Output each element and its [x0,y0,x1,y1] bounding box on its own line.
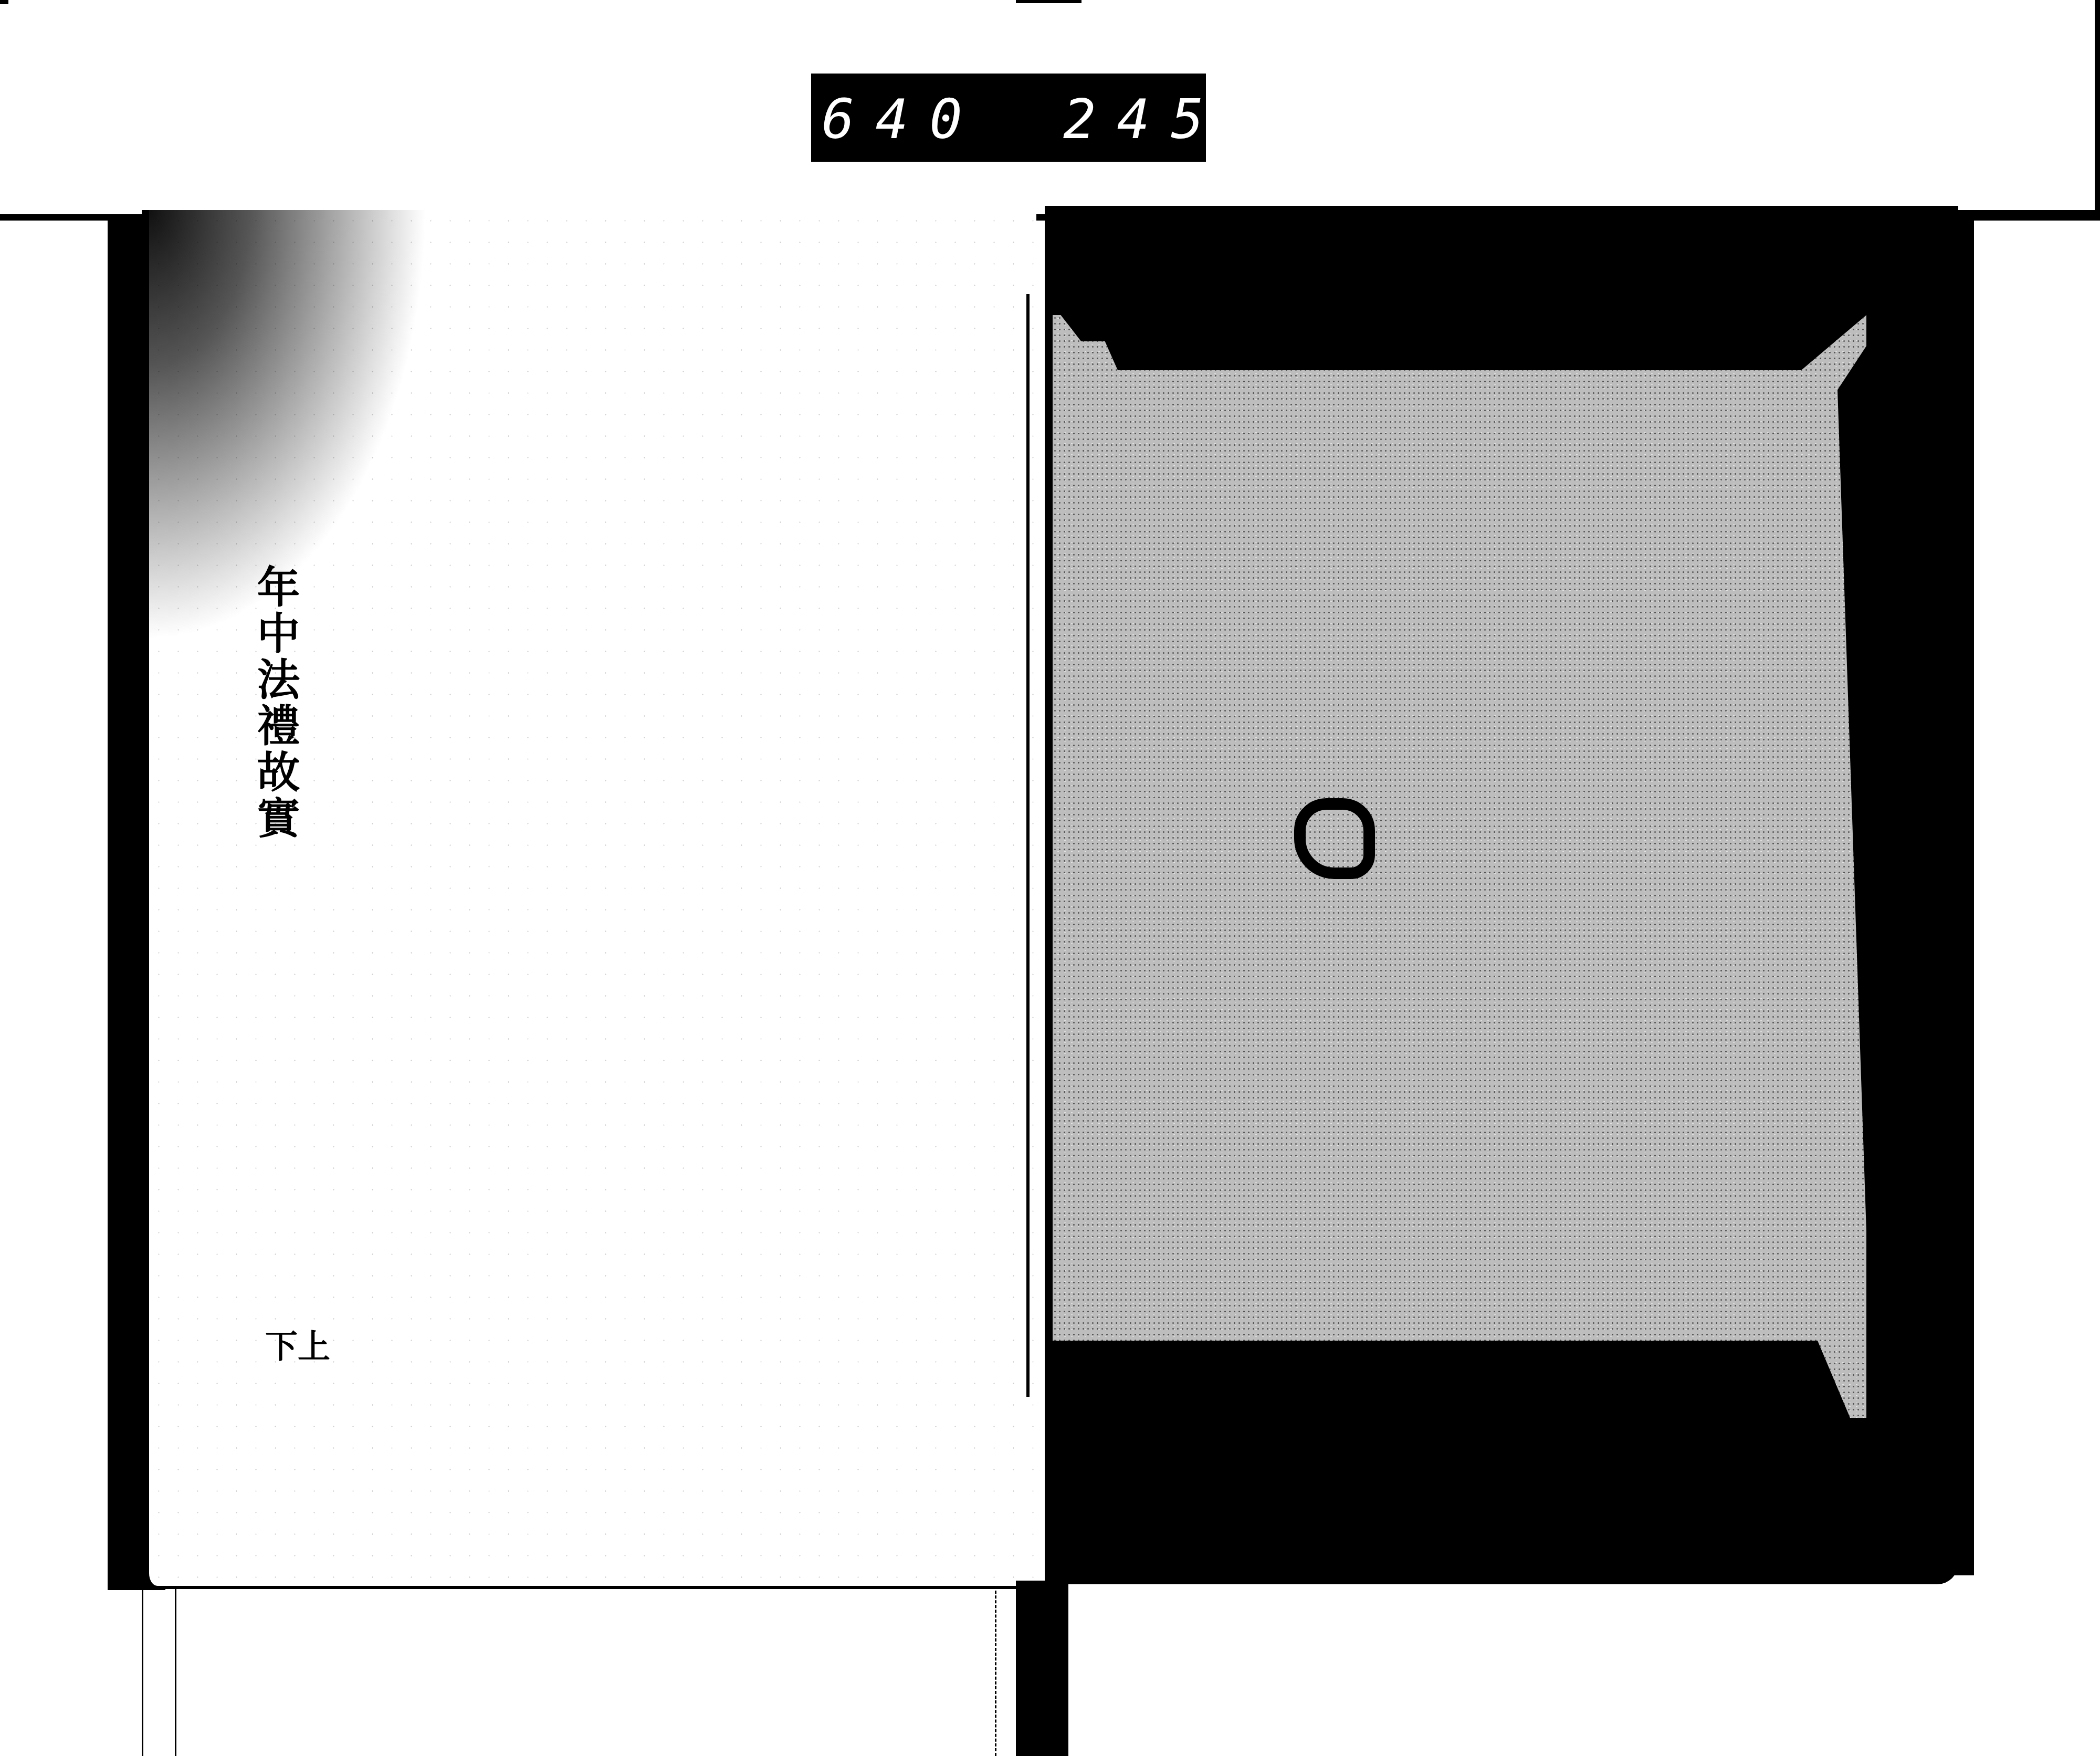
paper-grain [1053,315,1866,1418]
frame-number: 245. [1063,87,1278,151]
cover-turn-in-top [1053,305,1866,357]
frame-counter-plate: 640 245. [811,74,1206,162]
left-page [142,210,1036,1589]
volume-mark: 下上 [265,1321,330,1367]
paper-speckle [149,210,1036,1586]
binding-thread [1026,294,1047,1397]
cover-edge [1942,221,1974,1575]
cover-inner-paper [1053,315,1866,1418]
cover-turn-in-bottom [1053,1386,1866,1449]
film-edge-mark [0,0,8,4]
gutter-shadow [1016,1581,1068,1756]
reel-number: 640 [822,87,983,151]
page-stack-edge [142,1587,176,1756]
scan-edge [2095,0,2100,221]
ink-blot [1294,798,1375,879]
film-edge-mark [1016,0,1081,3]
document-title: 年中法禮故實 [254,565,297,842]
